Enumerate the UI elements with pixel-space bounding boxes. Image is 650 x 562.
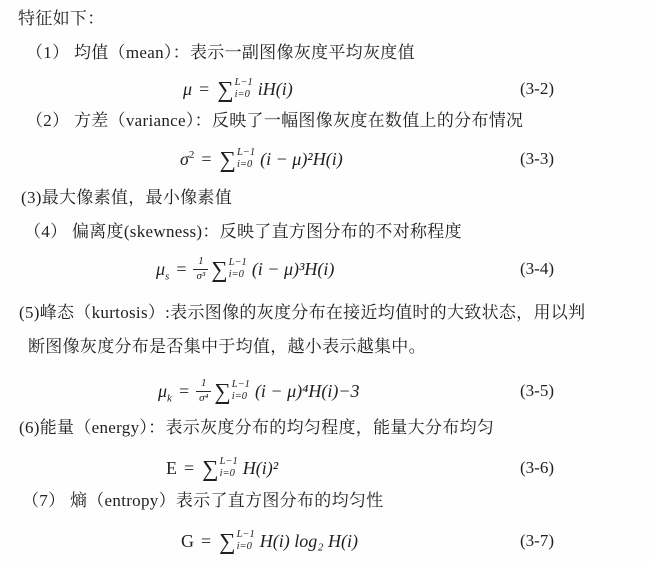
eq-lhs-superscript: 2: [189, 149, 195, 161]
summation-symbol: ∑ L−1 i=0: [211, 257, 247, 281]
equals-sign: =: [201, 149, 211, 170]
equation-3-6: E = ∑ L−1 i=0 H(i)² (3-6): [0, 451, 650, 485]
eq-lhs-subscript: k: [167, 392, 172, 404]
equation-formula: μ = ∑ L−1 i=0 iH(i): [183, 77, 293, 101]
equals-sign: =: [199, 79, 209, 100]
feature-item-kurtosis-line1: (5)峰态（kurtosis）:表示图像的灰度分布在接近均值时的大致状态，用以判: [19, 302, 585, 324]
eq-body: (i − μ)³H(i): [252, 259, 335, 280]
equation-number: (3-6): [520, 458, 554, 478]
equation-formula: E = ∑ L−1 i=0 H(i)²: [166, 456, 278, 480]
eq-body: (i − μ)⁴H(i)−3: [255, 381, 360, 402]
equation-formula: σ2 = ∑ L−1 i=0 (i − μ)²H(i): [180, 147, 343, 171]
sum-lower-limit: i=0: [235, 89, 253, 101]
equation-formula: μs = 1 σ³ ∑ L−1 i=0 (i − μ)³H(i): [156, 255, 334, 284]
eq-body: iH(i): [258, 79, 293, 100]
sigma-glyph: ∑: [211, 258, 227, 281]
equals-sign: =: [176, 259, 186, 280]
eq-lhs: σ: [180, 149, 189, 169]
sigma-glyph: ∑: [217, 78, 233, 101]
sum-lower-limit: i=0: [229, 269, 247, 281]
eq-lhs: μ: [158, 381, 167, 401]
equation-number: (3-2): [520, 79, 554, 99]
equals-sign: =: [179, 381, 189, 402]
sum-upper-limit: L−1: [237, 529, 255, 541]
feature-item-entropy: （7） 熵（entropy）表示了直方图分布的均匀性: [22, 490, 383, 512]
equation-formula: G = ∑ L−1 i=0 H(i) log₂ H(i): [181, 529, 358, 553]
document-page: 特征如下： （1） 均值（mean）：表示一副图像灰度平均灰度值 μ = ∑ L…: [0, 0, 650, 562]
sigma-glyph: ∑: [202, 457, 218, 480]
sum-upper-limit: L−1: [229, 257, 247, 269]
sigma-glyph: ∑: [220, 148, 236, 171]
equation-3-3: σ2 = ∑ L−1 i=0 (i − μ)²H(i) (3-3): [0, 142, 650, 176]
feature-item-mean: （1） 均值（mean）：表示一副图像灰度平均灰度值: [26, 42, 415, 64]
sum-lower-limit: i=0: [237, 159, 255, 171]
eq-body: (i − μ)²H(i): [260, 149, 343, 170]
sigma-glyph: ∑: [219, 530, 235, 553]
equation-formula: μk = 1 σ⁴ ∑ L−1 i=0 (i − μ)⁴H(i)−3: [158, 377, 360, 406]
eq-lhs: μ: [156, 259, 165, 279]
eq-lhs: μ: [183, 79, 192, 100]
equation-3-2: μ = ∑ L−1 i=0 iH(i) (3-2): [0, 72, 650, 106]
sum-upper-limit: L−1: [220, 456, 238, 468]
feature-item-minmax: (3)最大像素值，最小像素值: [21, 187, 232, 209]
sum-lower-limit: i=0: [232, 391, 250, 403]
fraction-numerator: 1: [201, 377, 207, 391]
feature-item-skewness: （4） 偏离度(skewness)：反映了直方图分布的不对称程度: [24, 221, 462, 243]
eq-lhs: G: [181, 531, 194, 552]
summation-symbol: ∑ L−1 i=0: [217, 77, 253, 101]
sum-lower-limit: i=0: [237, 541, 255, 553]
fraction: 1 σ⁴: [196, 377, 211, 406]
summation-symbol: ∑ L−1 i=0: [202, 456, 238, 480]
fraction-denominator: σ⁴: [196, 391, 211, 406]
equation-number: (3-4): [520, 259, 554, 279]
sum-upper-limit: L−1: [232, 379, 250, 391]
feature-item-energy: (6)能量（energy）：表示灰度分布的均匀程度，能量大分布均匀: [19, 417, 494, 439]
feature-item-kurtosis-line2: 断图像灰度分布是否集中于均值，越小表示越集中。: [28, 336, 426, 358]
equation-3-4: μs = 1 σ³ ∑ L−1 i=0 (i − μ)³H(i) (3-4): [0, 248, 650, 290]
sum-upper-limit: L−1: [237, 147, 255, 159]
eq-lhs-subscript: s: [165, 270, 169, 282]
eq-lhs: E: [166, 458, 177, 479]
equation-3-5: μk = 1 σ⁴ ∑ L−1 i=0 (i − μ)⁴H(i)−3 (3-5): [0, 370, 650, 412]
eq-body: H(i) log₂ H(i): [260, 531, 358, 552]
eq-body: H(i)²: [243, 458, 278, 479]
summation-symbol: ∑ L−1 i=0: [219, 529, 255, 553]
equation-3-7: G = ∑ L−1 i=0 H(i) log₂ H(i) (3-7): [0, 524, 650, 558]
equation-number: (3-5): [520, 381, 554, 401]
equals-sign: =: [201, 531, 211, 552]
equation-number: (3-7): [520, 531, 554, 551]
fraction-denominator: σ³: [193, 269, 208, 284]
equation-number: (3-3): [520, 149, 554, 169]
fraction-numerator: 1: [198, 255, 204, 269]
sigma-glyph: ∑: [214, 380, 230, 403]
sum-upper-limit: L−1: [235, 77, 253, 89]
feature-item-variance: （2） 方差（variance）：反映了一幅图像灰度在数值上的分布情况: [26, 110, 523, 132]
equals-sign: =: [184, 458, 194, 479]
summation-symbol: ∑ L−1 i=0: [214, 379, 250, 403]
sum-lower-limit: i=0: [220, 468, 238, 480]
summation-symbol: ∑ L−1 i=0: [220, 147, 256, 171]
page-title: 特征如下：: [18, 8, 105, 30]
fraction: 1 σ³: [193, 255, 208, 284]
